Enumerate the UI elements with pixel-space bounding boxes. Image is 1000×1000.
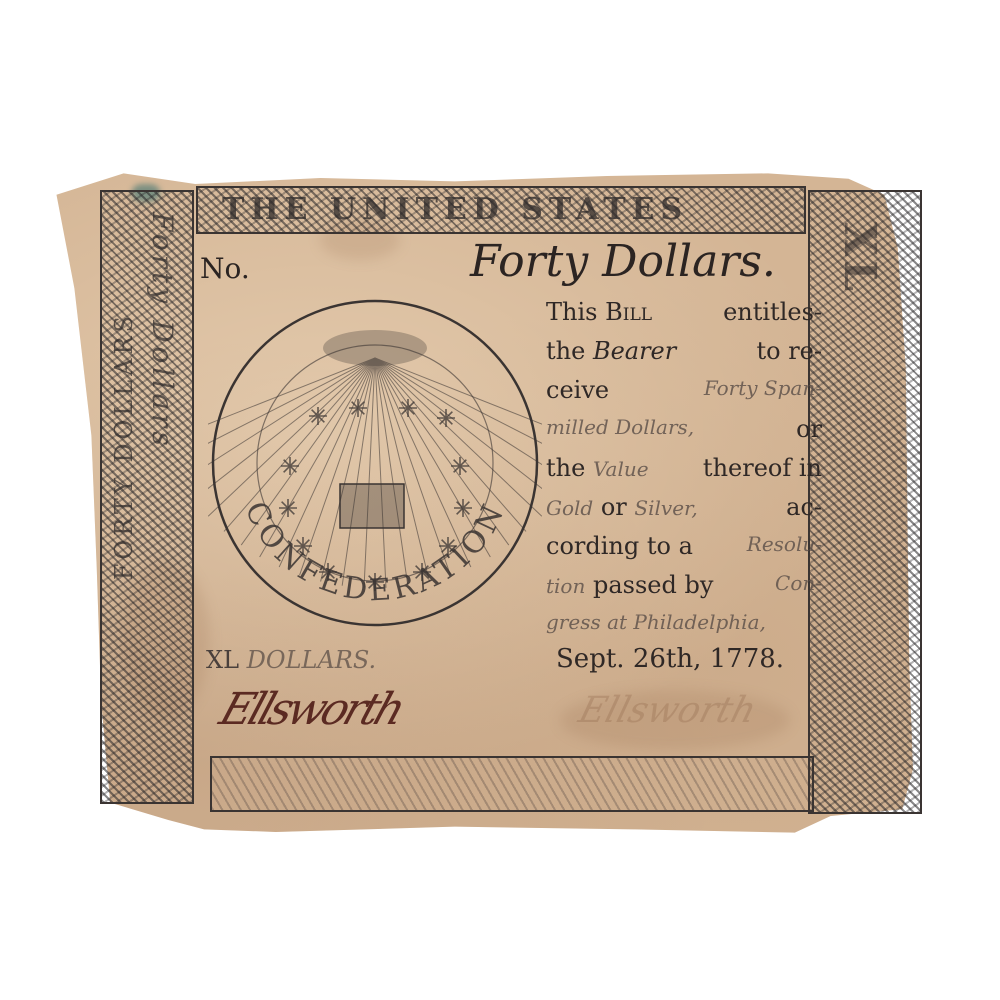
body-line: milled Dollars, or	[546, 415, 822, 454]
body-line: tion passed by Con-	[546, 571, 822, 610]
body-line: ceiveForty Span-	[546, 376, 822, 415]
note-body-text: This Bill entitles- the Bearer to re- ce…	[546, 298, 822, 649]
denomination: XL DOLLARS.	[206, 646, 376, 674]
top-border: THE UNITED STATES	[196, 186, 806, 234]
bottom-border	[210, 756, 814, 812]
note-title: Forty Dollars.	[470, 236, 776, 287]
body-line: cording to a Resolu-	[546, 532, 822, 571]
left-border-caps-text: FORTY DOLLARS	[110, 312, 138, 580]
body-line: the Bearer to re-	[546, 337, 822, 376]
confederation-seal: CONFEDERATION	[208, 296, 542, 630]
body-line: the Value thereof in	[546, 454, 822, 493]
serial-number-label: No.	[200, 252, 250, 285]
issue-date: Sept. 26th, 1778.	[556, 644, 784, 674]
faded-signature: Ellsworth	[575, 690, 761, 731]
signature: Ellsworth	[214, 684, 409, 735]
left-border: Forty Dollars FORTY DOLLARS	[100, 190, 194, 804]
left-border-script-text: Forty Dollars	[146, 212, 179, 450]
right-border: XL	[808, 190, 922, 814]
body-line: This Bill entitles-	[546, 298, 822, 337]
right-border-text: XL	[834, 222, 885, 295]
top-border-text: THE UNITED STATES	[222, 192, 688, 227]
body-line: Gold or Silver, ac-	[546, 493, 822, 532]
